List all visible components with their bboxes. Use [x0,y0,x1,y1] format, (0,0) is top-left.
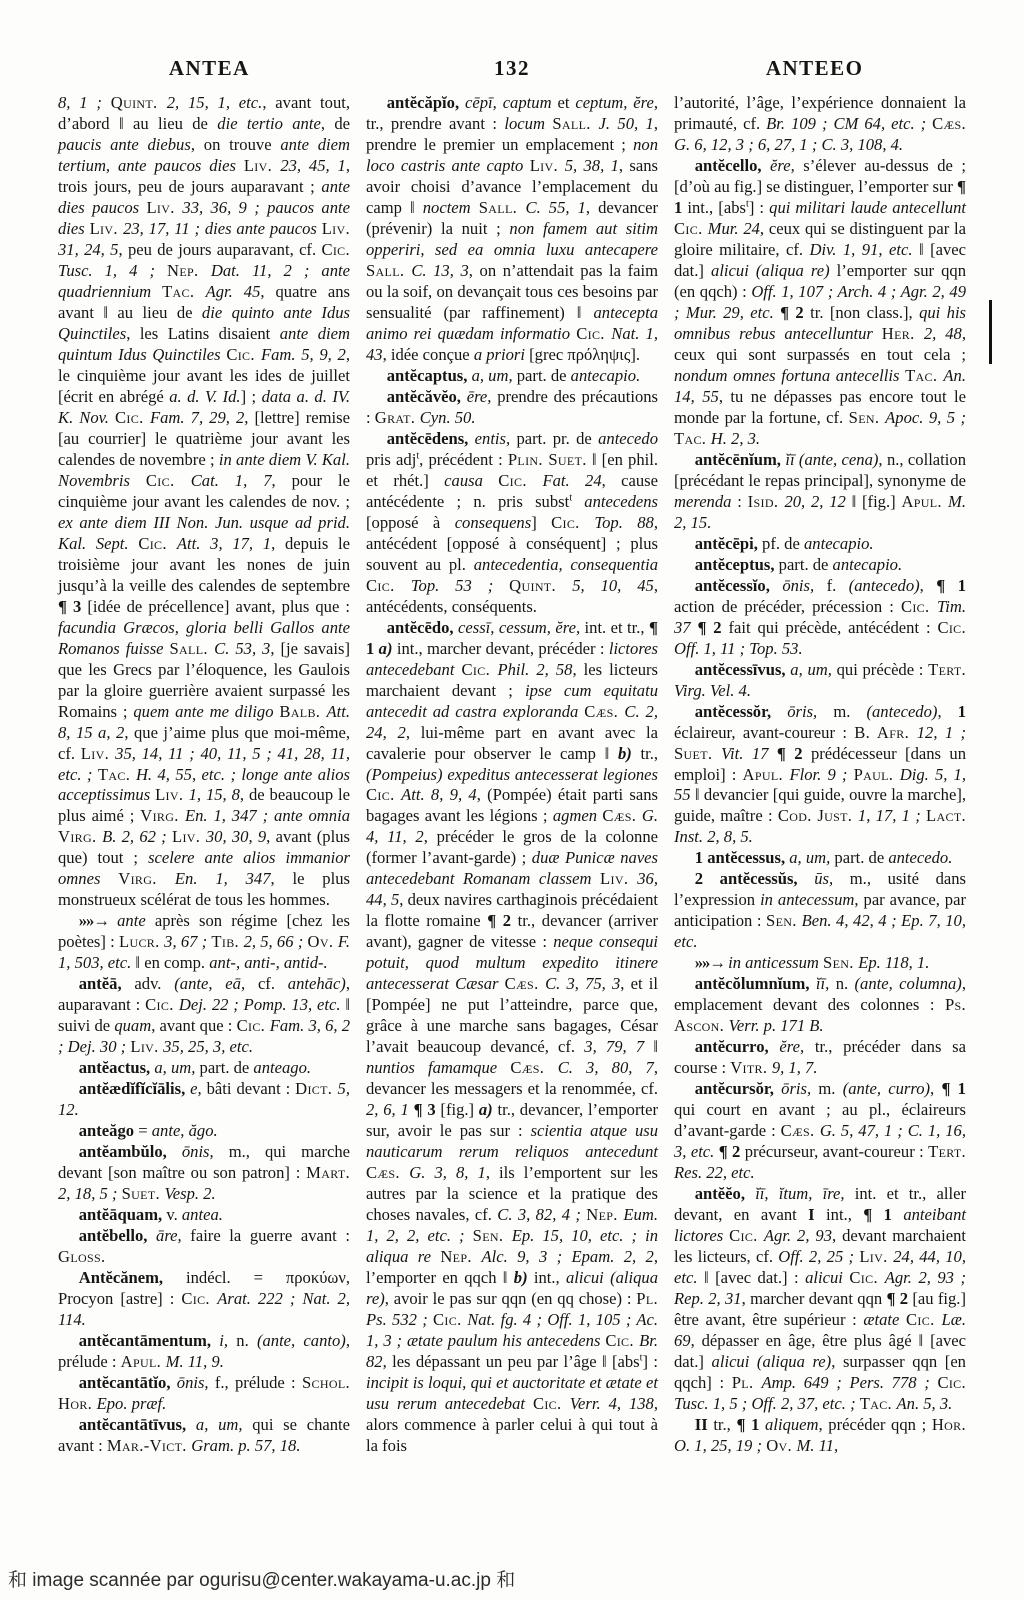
text-segment: Vitr. [730,1058,772,1077]
text-segment: antĕcessŏr, [695,702,787,721]
text-segment: antĕcantāmentum, [79,1331,220,1350]
text-segment: Cic. [674,219,708,238]
text-segment: , de [321,114,350,133]
text-segment: En. 1, 347 ; ante omnia [185,806,350,825]
text-segment: antĕcēdens, [387,429,475,448]
text-segment: antecedo. [888,848,952,867]
text-segment: Cæs. [781,1121,820,1140]
text-segment: II [695,1415,714,1434]
text-segment: (ante, eā, [174,974,258,993]
text-segment: antĕædĭfĭcĭālis, [79,1079,190,1098]
entry-paragraph: antĕbello, āre, faire la guerre avant : … [58,1226,350,1268]
text-segment: antĕĕo, [695,1184,755,1203]
text-segment: Dict. [295,1079,337,1098]
text-segment: pris adj [366,450,416,469]
text-segment: [fig.] [440,1100,478,1119]
text-segment: part. de [200,1058,254,1077]
text-segment: 5, 10, 45 [572,576,654,595]
text-segment: 2, 6, 1 [366,1100,414,1119]
text-segment: Tib. [211,932,243,951]
text-segment: Tusc. 1, 5 ; Off. 2, 37, etc. ; [674,1394,860,1413]
entry-paragraph: antĕcēdens, entis, part. pr. de antecedo… [366,429,658,618]
text-segment: a, um, [154,1058,199,1077]
scan-artifact [989,300,992,364]
text-segment: part. de [834,848,888,867]
text-segment: 30, 30, 9 [206,827,266,846]
text-segment: ĭī (ante, cena) [785,450,878,469]
text-segment: Quint. [111,93,167,112]
text-segment: adv. [134,974,174,993]
text-segment: a, um, [789,848,834,867]
text-segment: a. d. V. Id. [169,387,240,406]
text-segment: antecedentia, consequentia [474,555,658,574]
text-segment: Sen. [849,408,885,427]
text-segment: consequens [455,513,532,532]
text-segment: Tert. [928,660,966,679]
text-segment: int., [abs [687,198,746,217]
text-segment: ¶ 3 [58,597,87,616]
text-segment: Sen. [823,953,858,972]
text-segment: [idée de précellence] avant, plus que : [87,597,350,616]
text-segment: Cæs. [366,1163,409,1182]
text-segment: antĕcēdo, [387,618,458,637]
text-segment: Att. 8, 9, 4 [401,785,477,804]
text-segment: ] [531,513,551,532]
text-segment: ōnis, [182,1142,229,1161]
text-segment: locum [504,114,552,133]
text-segment: ¶ 2 [697,618,728,637]
text-segment: Suet. [122,1184,165,1203]
text-segment: part. de [779,555,833,574]
text-segment: Tac. [860,1394,897,1413]
text-segment: antĕcantātīvus, [79,1415,196,1434]
text-segment: cessī, cessum, ĕre, [458,618,585,637]
text-segment: ¶ 2 [719,1142,745,1161]
text-segment: précurseur, avant-coureur : [745,1142,928,1161]
text-segment: antĕcurro, [695,1037,780,1056]
text-segment [572,492,584,511]
entry-paragraph: antĕcantāmentum, i, n. (ante, canto), pr… [58,1331,350,1373]
text-segment: n. [236,1331,257,1350]
text-segment: ] : [643,1352,658,1371]
page-number: 132 [361,56,664,81]
text-segment: Tac. [905,366,943,385]
text-segment: C. 13, 3 [411,261,468,280]
text-segment: Inst. 2, 8, 5. [674,827,753,846]
text-segment: Cic. [849,1268,884,1287]
running-head-right: ANTEEO [663,56,966,81]
text-segment: a, um, [472,366,517,385]
text-segment: antea. [182,1205,223,1224]
text-segment: »»→ [79,911,117,930]
text-segment: ĭī, ĭtum, īre, [755,1184,855,1203]
text-segment: Gram. p. 57, 18. [191,1436,300,1455]
text-segment: Virg. [58,827,102,846]
text-segment: Cic. [462,660,498,679]
text-columns: 8, 1 ; Quint. 2, 15, 1, etc., avant tout… [0,91,1024,1457]
text-segment: Cæs. [510,1058,557,1077]
text-segment: (ante, curro) [843,1079,930,1098]
text-segment: antĕcessĭo, [695,576,783,595]
text-segment: Liv. [81,744,115,763]
text-segment: Ep. 118, 1. [858,953,929,972]
text-segment: antĕcessīvus, [695,660,791,679]
text-segment: int., [826,1205,863,1224]
text-segment: 12, 1 ; [917,723,966,742]
text-segment: Top. 53 ; [411,576,509,595]
text-segment: Virg. [140,806,185,825]
text-segment: Ov. [308,932,338,951]
text-segment: part. de [517,366,571,385]
text-segment: Cæs. [505,974,545,993]
text-segment: (antecedo) [866,702,937,721]
text-segment: ōnis, [782,576,826,595]
text-segment: O. 1, 25, 19 ; [674,1436,766,1455]
text-segment: antĕbello, [79,1226,156,1245]
text-segment: alicui (aliqua re) [711,261,837,280]
text-segment: C. 3, 75, 3 [545,974,620,993]
text-segment: Gloss. [58,1247,105,1266]
text-segment: Alc. 9, 3 ; Epam. 2, 2 [482,1247,654,1266]
text-segment: ¶ 2 [777,744,811,763]
entry-paragraph: antĕcăpĭo, cēpī, captum et ceptum, ĕre, … [366,93,658,366]
text-segment: agmen [553,806,603,825]
text-segment: 1, 15, 8 [189,785,240,804]
text-segment: Cic. [576,324,611,343]
text-segment: Liv. [90,219,123,238]
text-segment: Cic. [729,1226,764,1245]
text-segment: a) [479,1100,498,1119]
text-segment: 2, 48 [924,324,962,343]
text-segment: Lucr. [119,932,164,951]
text-segment: J. 50, 1 [598,114,653,133]
text-segment: ] : [749,198,769,217]
text-segment: Cæs. [932,114,966,133]
text-segment: , avoir le pas sur qqn (en qq chose) : [385,1289,637,1308]
text-segment: tr., [640,744,658,763]
entry-paragraph: antĕcessŏr, ōris, m. (antecedo), 1 éclai… [674,702,966,849]
text-segment: ætate [863,1310,906,1329]
text-segment: Quint. [509,576,572,595]
text-segment: (antecedo) [849,576,920,595]
text-segment: Nep. [440,1247,481,1266]
text-segment: Vit. 17 [721,744,777,763]
text-segment: paucis ante diebus [58,135,191,154]
dictionary-page: ANTEA 132 ANTEEO 8, 1 ; Quint. 2, 15, 1,… [0,0,1024,1600]
text-segment: 2, 5, 66 ; [244,932,308,951]
text-segment: cēpī, captum [465,93,557,112]
text-segment: Liv. [322,219,350,238]
text-segment: H. 2, 3. [711,429,760,448]
text-segment: Cic. [551,513,594,532]
entry-paragraph: antĕĕo, ĭī, ĭtum, īre, int. et tr., alle… [674,1184,966,1415]
entry-paragraph: antĕcantātīvus, a, um, qui se chante ava… [58,1415,350,1457]
text-segment: anteăgo [79,1121,138,1140]
text-segment: Pl. [636,1289,658,1308]
text-segment: ¶ 2 [487,911,517,930]
entry-paragraph: l’autorité, l’âge, l’expérience donnaien… [674,93,966,156]
text-segment: Nep. [167,261,211,280]
text-segment: Liv. [600,869,637,888]
text-segment: Cic. [901,597,937,616]
text-segment: Top. 88 [594,513,653,532]
text-segment: Hor. [932,1415,966,1434]
entry-paragraph: II tr., ¶ 1 aliquem, précéder qqn ; Hor.… [674,1415,966,1457]
text-segment: Cic. [533,1394,570,1413]
text-segment: n. [836,974,855,993]
text-segment: Amp. 649 ; Pers. 778 ; [761,1373,937,1392]
text-segment: , marcher devant qqn [742,1289,887,1308]
text-segment: Liv. [172,827,206,846]
text-segment: Apul. [121,1352,166,1371]
text-segment: ‖ [644,1037,658,1056]
text-segment: [opposé à [366,513,455,532]
entry-paragraph: 1 antĕcessus, a, um, part. de antecedo. [674,848,966,869]
text-segment: Dej. 22 ; Pomp. 13, etc. [179,995,341,1014]
text-segment: Apul. [743,765,790,784]
text-segment: Phil. 2, 58 [497,660,572,679]
entry-paragraph: antĕcantātĭo, ōnis, f., prélude : Schol.… [58,1373,350,1415]
text-segment: Liv. [859,1247,893,1266]
text-segment: 31, 24, 5 [58,240,118,259]
text-segment: Cyn. 50. [420,408,476,427]
text-segment: : [731,492,747,511]
text-segment: Fat. 24 [542,471,601,490]
entry-paragraph: antĕcessĭo, ōnis, f. (antecedo), ¶ 1 act… [674,576,966,660]
column: 8, 1 ; Quint. 2, 15, 1, etc., avant tout… [58,93,350,1457]
text-segment: , peu de jours auparavant, cf. [118,240,321,259]
text-segment: alicui (aliqua re) [712,1352,832,1371]
text-segment: pf. de [762,534,804,553]
text-segment: 3, 79, 7 [584,1037,644,1056]
text-segment: 20, 2, 12 [784,492,845,511]
text-segment: m. [818,1079,842,1098]
text-segment: Off. 2, 25 ; [778,1247,859,1266]
entry-paragraph: antĕceptus, part. de antecapio. [674,555,966,576]
text-segment: ¶ 1 [941,1079,966,1098]
text-segment: , [937,702,957,721]
text-segment: ēre, [467,387,497,406]
text-segment: ¶ 2 [886,1289,912,1308]
entry-paragraph: »»→ in anticessum Sen. Ep. 118, 1. [674,953,966,974]
text-segment: merenda [674,492,731,511]
text-segment: a priori [474,345,529,364]
text-segment: antĕā, [79,974,135,993]
text-segment: Sall. [366,261,411,280]
text-segment: ĭī, [816,974,836,993]
text-segment: ] ; [241,387,262,406]
text-segment: Sen. [473,1226,512,1245]
entry-paragraph: antĕædĭfĭcĭālis, e, bâti devant : Dict. … [58,1079,350,1121]
text-segment: f., prélude : [215,1373,302,1392]
text-segment: (ante, columna) [855,974,962,993]
text-segment: antĕcello, [695,156,770,175]
text-segment: [grec πρόληψις]. [529,345,640,364]
text-segment: antĕactus, [79,1058,155,1077]
text-segment: Liv. [146,198,182,217]
text-segment: Agr. 2, 93 [764,1226,832,1245]
text-segment: Verr. 4, 138 [570,1394,654,1413]
text-segment: ĕre, [770,156,803,175]
text-segment: Cic. [605,1331,639,1350]
text-segment: ¶ 1 [736,1415,765,1434]
text-segment: Mur. 24 [708,219,760,238]
entry-paragraph: anteăgo = ante, ăgo. [58,1121,350,1142]
text-segment: v. [166,1205,182,1224]
text-segment: ‖ [fig.] [846,492,902,511]
text-segment: qui précède : [837,660,929,679]
text-segment: Pl. [732,1373,762,1392]
text-segment: nuntios famamque [366,1058,510,1077]
text-segment: Virg. Vel. 4. [674,681,751,700]
text-segment: ‖ [avec dat.] : [698,1268,806,1287]
text-segment: antĕcăpĭo, [387,93,465,112]
text-segment: b) [514,1268,534,1287]
text-segment: 1 [958,702,966,721]
text-segment: Antĕcănem, [79,1268,186,1287]
text-segment: quam [114,1016,151,1035]
text-segment: , idée conçue [383,345,474,364]
column: l’autorité, l’âge, l’expérience donnaien… [674,93,966,1457]
text-segment: Cic. [138,534,177,553]
text-segment: G. 3, 8, 1 [409,1163,486,1182]
text-segment: Sall. [170,639,215,658]
text-segment: Cod. Just. [778,806,858,825]
text-segment: antecedens [584,492,658,511]
text-segment: 1, 17, 1 ; [858,806,926,825]
text-segment: Cæs. [584,702,624,721]
text-segment: a, um, [196,1415,252,1434]
text-segment: antĕcursŏr, [695,1079,781,1098]
text-segment: a, um, [790,660,836,679]
text-segment: Vesp. 2. [164,1184,215,1203]
text-segment: ceptum, ĕre, [575,93,658,112]
text-segment: antĕcēnĭum, [695,450,786,469]
running-head: ANTEA 132 ANTEEO [0,0,1024,91]
text-segment: C. 53, 3 [214,639,270,658]
text-segment: Grat. [375,408,420,427]
text-segment: C. 55, 1 [526,198,586,217]
footer-credit: 和 image scannée par ogurisu@center.wakay… [8,1565,515,1592]
text-segment: Cic. [906,1310,942,1329]
text-segment: Cic. [937,618,966,637]
entry-paragraph: antĕambŭlo, ōnis, m., qui marche devant … [58,1142,350,1205]
text-segment: ōris, [781,1079,818,1098]
text-segment: Cic. [433,1310,467,1329]
text-segment: int., marcher devant, précéder : [397,639,609,658]
text-segment: antĕcantātĭo, [79,1373,177,1392]
text-segment: Res. 22, etc. [674,1163,755,1182]
text-segment: (Pompeius) expeditus antecesserat legion… [366,765,658,784]
text-segment: Div. 1, 91, etc. [810,240,913,259]
running-head-left: ANTEA [58,56,361,81]
text-segment: Tac. [98,765,136,784]
text-segment: int., [534,1268,566,1287]
text-segment: , précéder qqn ; [819,1415,932,1434]
text-segment: Virg. [118,869,175,888]
text-segment: ¶ 1 [863,1205,903,1224]
text-segment: éclaireur, avant-coureur : [674,723,854,742]
entry-paragraph: antĕcŏlumnĭum, ĭī, n. (ante, columna), e… [674,974,966,1037]
text-segment: Nep. [586,1205,623,1224]
text-segment: antecapio. [804,534,874,553]
text-segment: En. 1, 347 [175,869,271,888]
text-segment: m. [833,702,866,721]
text-segment: C. 3, 82, 4 ; [497,1205,586,1224]
text-segment: int. et tr., [585,618,649,637]
text-segment: Flor. 9 ; [789,765,853,784]
text-segment: anteago. [253,1058,311,1077]
text-segment: Sall. [552,114,598,133]
text-segment: , les Latins disaient [126,324,280,343]
text-segment: antĕcŏlumnĭum, [695,974,816,993]
text-segment: ¶ 2 [780,303,810,322]
text-segment: Plin. Suet. [508,450,587,469]
text-segment: in anticessum [728,953,823,972]
text-segment: Balb. [279,702,326,721]
entry-paragraph: antĕcessīvus, a, um, qui précède : Tert.… [674,660,966,702]
text-segment: quem ante me diligo [133,702,279,721]
text-segment: Cic. [366,785,401,804]
text-segment: ¶ 1 [936,576,966,595]
text-segment: Cic. [498,471,542,490]
entry-paragraph: antĕactus, a, um, part. de anteago. [58,1058,350,1079]
text-segment: Tac. [674,429,711,448]
text-segment: i, [219,1331,236,1350]
text-segment: 5, 38, 1 [565,156,619,175]
text-segment: Agr. 45 [206,282,261,301]
text-segment: 2, 18, 5 ; [58,1184,122,1203]
text-segment: alicui [805,1268,849,1287]
text-segment: Br. 109 ; CM 64, etc. ; [766,114,932,133]
text-segment: M. 11, 9. [166,1352,224,1371]
text-segment: G. 6, 12, 3 ; 6, 27, 1 ; C. 3, 108, 4. [674,135,903,154]
text-segment: , on trouve [191,135,281,154]
text-segment: bâti devant : [207,1079,296,1098]
entry-paragraph: antĕcurro, ĕre, tr., précéder dans sa co… [674,1037,966,1079]
text-segment: Liv. [155,785,189,804]
text-segment: Cic. [115,408,150,427]
text-segment: qui militari laude antecellunt [769,198,966,217]
text-segment: ōris, [787,702,833,721]
text-segment: Cic. [237,1016,270,1035]
text-segment: Fam. 7, 29, 2 [150,408,244,427]
text-segment: ¶ 3 [414,1100,441,1119]
text-segment: = [138,1121,152,1140]
text-segment: ‖ en comp. [131,953,209,972]
entry-paragraph: antĕāquam, v. antea. [58,1205,350,1226]
text-segment: antĕāquam, [79,1205,167,1224]
entry-paragraph: antĕcăvĕo, ēre, prendre des précautions … [366,387,658,429]
text-segment: antĕceptus, [695,555,779,574]
entry-paragraph: antĕcēnĭum, ĭī (ante, cena), n., collati… [674,450,966,534]
text-segment: ūs, [814,869,850,888]
text-segment: ĕre, [779,1037,814,1056]
text-segment: ant-, anti-, antid-. [209,953,327,972]
text-segment: Paul. [854,765,900,784]
text-segment: Liv. [130,1037,163,1056]
text-segment: antĕcaptus, [387,366,472,385]
text-segment: Mart. [306,1163,350,1182]
text-segment: antecapio. [833,555,903,574]
text-segment: 3, 67 ; [164,932,211,951]
entry-paragraph: antĕcēpi, pf. de antecapio. [674,534,966,555]
text-segment: et [557,93,575,112]
text-segment: Cic. [937,1373,966,1392]
text-segment: antecedo [598,429,658,448]
entry-paragraph: antĕcursŏr, ōris, m. (ante, curro), ¶ 1 … [674,1079,966,1184]
text-segment: Cic. [366,576,411,595]
